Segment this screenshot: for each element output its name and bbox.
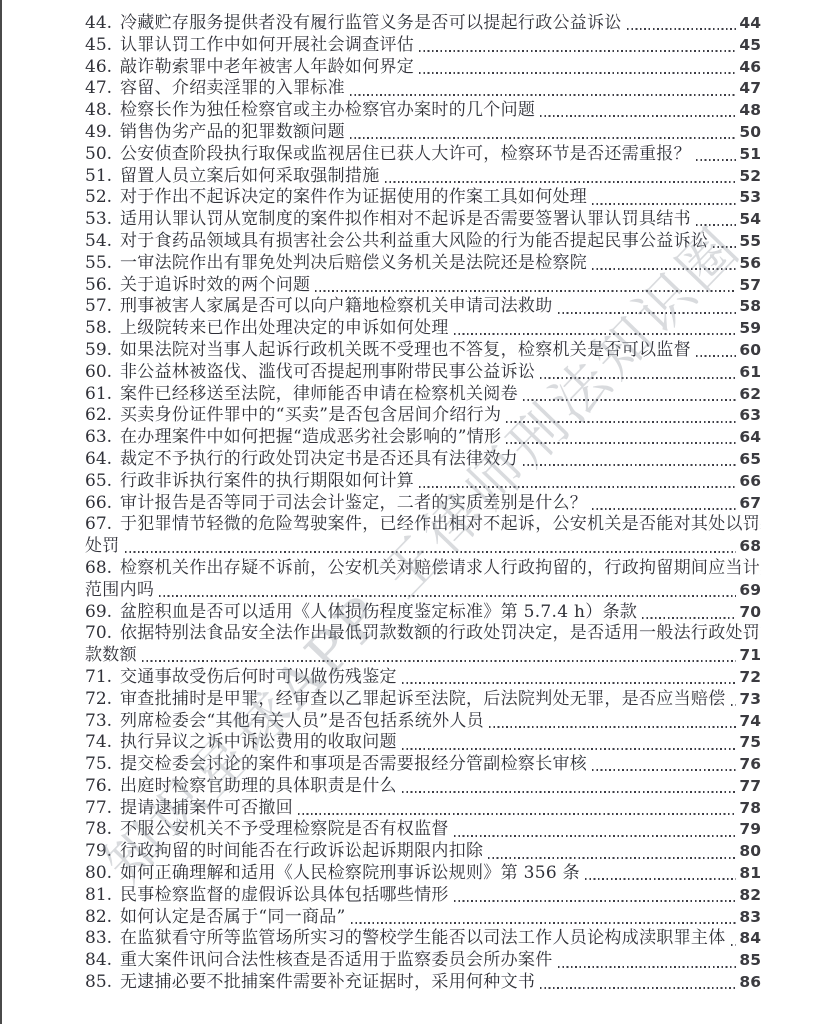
entry-title: 处罚 bbox=[85, 536, 120, 558]
toc-entry-line: 79. 行政拘留的时间能否在行政诉讼起诉期限内扣除 80 bbox=[85, 841, 761, 863]
dot-leader bbox=[696, 159, 737, 161]
entry-number: 71. bbox=[85, 667, 120, 689]
dot-leader bbox=[125, 551, 737, 553]
entry-number: 62. bbox=[85, 405, 120, 427]
toc-entry-line: 范围内吗 69 bbox=[85, 580, 761, 602]
toc-entry-line: 75. 提交检委会讨论的案件和事项是否需要报经分管副检察长审核 76 bbox=[85, 754, 761, 776]
toc-entry-line: 83. 在监狱看守所等监管场所实习的警校学生能否以司法工作人员论构成渎职罪主体 … bbox=[85, 928, 761, 950]
entry-page-number: 61 bbox=[739, 362, 761, 384]
scan-edge-artifact bbox=[0, 0, 2, 1024]
dot-leader bbox=[419, 486, 736, 488]
entry-title: 如何认定是否属于“同一商品” bbox=[120, 907, 346, 929]
entry-number: 60. bbox=[85, 362, 120, 384]
toc-entry-line: 50. 公安侦查阶段执行取保或监视居住已获人大许可，检察环节是否还需重报？ 51 bbox=[85, 144, 761, 166]
entry-page-number: 80 bbox=[739, 841, 761, 863]
toc-entry-line: 处罚 68 bbox=[85, 536, 761, 558]
entry-title: 交通事故受伤后何时可以做伤残鉴定 bbox=[120, 667, 397, 689]
entry-page-number: 48 bbox=[739, 100, 761, 122]
dot-leader bbox=[540, 115, 736, 117]
entry-number: 51. bbox=[85, 166, 120, 188]
entry-number: 76. bbox=[85, 776, 120, 798]
entry-title: 检察长作为独任检察官或主办检察官办案时的几个问题 bbox=[120, 100, 535, 122]
entry-page-number: 86 bbox=[739, 972, 761, 994]
entry-number: 79. bbox=[85, 841, 120, 863]
entry-page-number: 57 bbox=[739, 275, 761, 297]
entry-number: 48. bbox=[85, 100, 120, 122]
entry-page-number: 63 bbox=[739, 405, 761, 427]
entry-number: 55. bbox=[85, 253, 120, 275]
entry-title: 在监狱看守所等监管场所实习的警校学生能否以司法工作人员论构成渎职罪主体 bbox=[120, 928, 726, 950]
entry-number: 63. bbox=[85, 427, 120, 449]
dot-leader bbox=[558, 312, 737, 314]
dot-leader bbox=[540, 987, 736, 989]
dot-leader bbox=[385, 181, 737, 183]
entry-title: 关于追诉时效的两个问题 bbox=[120, 275, 310, 297]
dot-leader bbox=[713, 246, 736, 248]
entry-page-number: 55 bbox=[739, 231, 761, 253]
entry-title: 裁定不予执行的行政处罚决定书是否还具有法律效力 bbox=[120, 449, 518, 471]
toc-entry-line: 54. 对于食药品领域具有损害社会公共利益重大风险的行为能否提起民事公益诉讼 5… bbox=[85, 231, 761, 253]
entry-page-number: 75 bbox=[739, 732, 761, 754]
toc-list: 44. 冷藏贮存服务提供者没有履行监管义务是否可以提起行政公益诉讼 44 45.… bbox=[85, 13, 761, 994]
entry-title: 买卖身份证件罪中的“买卖”是否包含居间介绍行为 bbox=[120, 405, 501, 427]
entry-number: 66. bbox=[85, 493, 120, 515]
dot-leader bbox=[642, 617, 736, 619]
entry-title: 销售伪劣产品的犯罪数额问题 bbox=[120, 122, 345, 144]
entry-number: 78. bbox=[85, 819, 120, 841]
dot-leader bbox=[454, 333, 737, 335]
toc-entry-line: 47. 容留、介绍卖淫罪的入罪标准 47 bbox=[85, 78, 761, 100]
entry-title: 审计报告是否等同于司法会计鉴定，二者的实质差别是什么？ bbox=[120, 493, 587, 515]
entry-title: 款数额 bbox=[85, 645, 137, 667]
entry-number: 59. bbox=[85, 340, 120, 362]
toc-entry-line: 65. 行政非诉执行案件的执行期限如何计算 66 bbox=[85, 471, 761, 493]
entry-page-number: 60 bbox=[739, 340, 761, 362]
entry-title: 案件已经移送至法院，律师能否申请在检察机关阅卷 bbox=[120, 384, 518, 406]
entry-number: 46. bbox=[85, 57, 120, 79]
entry-title: 行政拘留的时间能否在行政诉讼起诉期限内扣除 bbox=[120, 841, 483, 863]
toc-entry-line: 77. 提请逮捕案件可否撤回 78 bbox=[85, 798, 761, 820]
entry-title: 于犯罪情节轻微的危险驾驶案件，已经作出相对不起诉，公安机关是否能对其处以罚款的行… bbox=[120, 514, 761, 536]
toc-entry-line: 72. 审查批捕时是甲罪，经审查以乙罪起诉至法院，后法院判处无罪，是否应当赔偿 … bbox=[85, 689, 761, 711]
entry-number: 77. bbox=[85, 798, 120, 820]
entry-number: 49. bbox=[85, 122, 120, 144]
dot-leader bbox=[592, 508, 736, 510]
dot-leader bbox=[696, 224, 737, 226]
dot-leader bbox=[523, 464, 737, 466]
toc-entry-line: 57. 刑事被害人家属是否可以向户籍地检察机关申请司法救助 58 bbox=[85, 296, 761, 318]
toc-entry-line: 68. 检察机关作出存疑不诉前，公安机关对赔偿请求人行政拘留的，行政拘留期间应当… bbox=[85, 558, 761, 580]
dot-leader bbox=[419, 72, 736, 74]
entry-title: 提交检委会讨论的案件和事项是否需要报经分管副检察长审核 bbox=[120, 754, 587, 776]
toc-entry-line: 63. 在办理案件中如何把握“造成恶劣社会影响的”情形 64 bbox=[85, 427, 761, 449]
entry-number: 72. bbox=[85, 689, 120, 711]
toc-entry-line: 74. 执行异议之诉中诉讼费用的收取问题 75 bbox=[85, 732, 761, 754]
toc-entry-line: 款数额 71 bbox=[85, 645, 761, 667]
entry-number: 65. bbox=[85, 471, 120, 493]
dot-leader bbox=[488, 857, 736, 859]
dot-leader bbox=[159, 595, 736, 597]
entry-page-number: 65 bbox=[739, 449, 761, 471]
entry-title: 依据特别法食品安全法作出最低罚款数额的行政处罚决定，是否适用一般法行政处罚法降低… bbox=[120, 623, 761, 645]
entry-number: 75. bbox=[85, 754, 120, 776]
dot-leader bbox=[506, 442, 736, 444]
entry-number: 45. bbox=[85, 35, 120, 57]
toc-entry-line: 51. 留置人员立案后如何采取强制措施 52 bbox=[85, 166, 761, 188]
entry-title: 刑事被害人家属是否可以向户籍地检察机关申请司法救助 bbox=[120, 296, 553, 318]
toc-entry-line: 56. 关于追诉时效的两个问题 57 bbox=[85, 275, 761, 297]
dot-leader bbox=[402, 791, 737, 793]
dot-leader bbox=[540, 377, 736, 379]
entry-number: 47. bbox=[85, 78, 120, 100]
toc-entry-line: 67. 于犯罪情节轻微的危险驾驶案件，已经作出相对不起诉，公安机关是否能对其处以… bbox=[85, 514, 761, 536]
entry-number: 83. bbox=[85, 928, 120, 950]
entry-number: 81. bbox=[85, 885, 120, 907]
dot-leader bbox=[523, 399, 737, 401]
dot-leader bbox=[419, 50, 736, 52]
entry-title: 在办理案件中如何把握“造成恶劣社会影响的”情形 bbox=[120, 427, 501, 449]
toc-entry-line: 55. 一审法院作出有罪免处判决后赔偿义务机关是法院还是检察院 56 bbox=[85, 253, 761, 275]
toc-entry-line: 73. 列席检委会“其他有关人员”是否包括系统外人员 74 bbox=[85, 711, 761, 733]
dot-leader bbox=[350, 137, 737, 139]
dot-leader bbox=[592, 268, 736, 270]
entry-title: 一审法院作出有罪免处判决后赔偿义务机关是法院还是检察院 bbox=[120, 253, 587, 275]
entry-title: 对于作出不起诉决定的案件作为证据使用的作案工具如何处理 bbox=[120, 187, 587, 209]
entry-page-number: 83 bbox=[739, 907, 761, 929]
entry-page-number: 77 bbox=[739, 776, 761, 798]
entry-title: 适用认罪认罚从宽制度的案件拟作相对不起诉是否需要签署认罪认罚具结书 bbox=[120, 209, 691, 231]
entry-number: 64. bbox=[85, 449, 120, 471]
entry-title: 对于食药品领域具有损害社会公共利益重大风险的行为能否提起民事公益诉讼 bbox=[120, 231, 708, 253]
entry-title: 执行异议之诉中诉讼费用的收取问题 bbox=[120, 732, 397, 754]
entry-page-number: 58 bbox=[739, 296, 761, 318]
entry-title: 敲诈勒索罪中老年被害人年龄如何界定 bbox=[120, 57, 414, 79]
toc-entry-line: 53. 适用认罪认罚从宽制度的案件拟作相对不起诉是否需要签署认罪认罚具结书 54 bbox=[85, 209, 761, 231]
entry-title: 认罪认罚工作中如何开展社会调查评估 bbox=[120, 35, 414, 57]
entry-page-number: 71 bbox=[739, 645, 761, 667]
dot-leader bbox=[350, 94, 737, 96]
toc-entry-line: 52. 对于作出不起诉决定的案件作为证据使用的作案工具如何处理 53 bbox=[85, 187, 761, 209]
dot-leader bbox=[731, 704, 737, 706]
entry-number: 53. bbox=[85, 209, 120, 231]
entry-page-number: 82 bbox=[739, 885, 761, 907]
entry-page-number: 85 bbox=[739, 950, 761, 972]
entry-title: 冷藏贮存服务提供者没有履行监管义务是否可以提起行政公益诉讼 bbox=[120, 13, 622, 35]
entry-number: 50. bbox=[85, 144, 120, 166]
entry-page-number: 84 bbox=[739, 928, 761, 950]
entry-number: 44. bbox=[85, 13, 120, 35]
toc-entry-line: 48. 检察长作为独任检察官或主办检察官办案时的几个问题 48 bbox=[85, 100, 761, 122]
entry-title: 范围内吗 bbox=[85, 580, 154, 602]
entry-number: 68. bbox=[85, 558, 120, 580]
entry-page-number: 79 bbox=[739, 819, 761, 841]
toc-entry-line: 71. 交通事故受伤后何时可以做伤残鉴定 72 bbox=[85, 667, 761, 689]
entry-page-number: 66 bbox=[739, 471, 761, 493]
toc-entry-line: 44. 冷藏贮存服务提供者没有履行监管义务是否可以提起行政公益诉讼 44 bbox=[85, 13, 761, 35]
entry-title: 提请逮捕案件可否撤回 bbox=[120, 798, 293, 820]
dot-leader bbox=[558, 966, 737, 968]
toc-entry-line: 82. 如何认定是否属于“同一商品” 83 bbox=[85, 907, 761, 929]
toc-entry-line: 64. 裁定不予执行的行政处罚决定书是否还具有法律效力 65 bbox=[85, 449, 761, 471]
entry-title: 无逮捕必要不批捕案件需要补充证据时，采用何种文书 bbox=[120, 972, 535, 994]
entry-page-number: 45 bbox=[739, 35, 761, 57]
entry-number: 84. bbox=[85, 950, 120, 972]
entry-page-number: 50 bbox=[739, 122, 761, 144]
entry-page-number: 78 bbox=[739, 798, 761, 820]
toc-entry-line: 78. 不服公安机关不予受理检察院是否有权监督 79 bbox=[85, 819, 761, 841]
entry-number: 73. bbox=[85, 711, 120, 733]
entry-title: 行政非诉执行案件的执行期限如何计算 bbox=[120, 471, 414, 493]
toc-entry-line: 69. 盆腔积血是否可以适用《人体损伤程度鉴定标准》第 5.7.4 h）条款 7… bbox=[85, 602, 761, 624]
entry-number: 74. bbox=[85, 732, 120, 754]
entry-title: 留置人员立案后如何采取强制措施 bbox=[120, 166, 380, 188]
entry-page-number: 59 bbox=[739, 318, 761, 340]
dot-leader bbox=[454, 835, 737, 837]
dot-leader bbox=[506, 421, 736, 423]
entry-page-number: 73 bbox=[739, 689, 761, 711]
entry-number: 61. bbox=[85, 384, 120, 406]
entry-page-number: 74 bbox=[739, 711, 761, 733]
entry-page-number: 76 bbox=[739, 754, 761, 776]
entry-number: 57. bbox=[85, 296, 120, 318]
entry-title: 非公益林被盗伐、滥伐可否提起刑事附带民事公益诉讼 bbox=[120, 362, 535, 384]
dot-leader bbox=[592, 203, 736, 205]
entry-number: 82. bbox=[85, 907, 120, 929]
dot-leader bbox=[489, 726, 736, 728]
entry-page-number: 53 bbox=[739, 187, 761, 209]
dot-leader bbox=[454, 900, 737, 902]
dot-leader bbox=[298, 813, 736, 815]
toc-entry-line: 59. 如果法院对当事人起诉行政机关既不受理也不答复，检察机关是否可以监督 60 bbox=[85, 340, 761, 362]
toc-entry-line: 46. 敲诈勒索罪中老年被害人年龄如何界定 46 bbox=[85, 57, 761, 79]
dot-leader bbox=[731, 944, 737, 946]
toc-entry-line: 80. 如何正确理解和适用《人民检察院刑事诉讼规则》第 356 条 81 bbox=[85, 863, 761, 885]
entry-title: 检察机关作出存疑不诉前，公安机关对赔偿请求人行政拘留的，行政拘留期间应当计算在赔… bbox=[120, 558, 761, 580]
dot-leader bbox=[315, 290, 736, 292]
toc-entry-line: 76. 出庭时检察官助理的具体职责是什么 77 bbox=[85, 776, 761, 798]
entry-page-number: 44 bbox=[739, 13, 761, 35]
entry-number: 58. bbox=[85, 318, 120, 340]
entry-title: 盆腔积血是否可以适用《人体损伤程度鉴定标准》第 5.7.4 h）条款 bbox=[120, 602, 637, 624]
toc-entry-line: 61. 案件已经移送至法院，律师能否申请在检察机关阅卷 62 bbox=[85, 384, 761, 406]
entry-number: 85. bbox=[85, 972, 120, 994]
toc-entry-line: 60. 非公益林被盗伐、滥伐可否提起刑事附带民事公益诉讼 61 bbox=[85, 362, 761, 384]
entry-title: 列席检委会“其他有关人员”是否包括系统外人员 bbox=[120, 711, 484, 733]
toc-entry-line: 85. 无逮捕必要不批捕案件需要补充证据时，采用何种文书 86 bbox=[85, 972, 761, 994]
toc-entry-line: 58. 上级院转来已作出处理决定的申诉如何处理 59 bbox=[85, 318, 761, 340]
entry-title: 容留、介绍卖淫罪的入罪标准 bbox=[120, 78, 345, 100]
dot-leader bbox=[585, 878, 736, 880]
entry-number: 70. bbox=[85, 623, 120, 645]
toc-entry-line: 45. 认罪认罚工作中如何开展社会调查评估 45 bbox=[85, 35, 761, 57]
entry-page-number: 81 bbox=[739, 863, 761, 885]
toc-entry-line: 70. 依据特别法食品安全法作出最低罚款数额的行政处罚决定，是否适用一般法行政处… bbox=[85, 623, 761, 645]
entry-number: 67. bbox=[85, 514, 120, 536]
entry-page-number: 54 bbox=[739, 209, 761, 231]
entry-number: 80. bbox=[85, 863, 120, 885]
entry-title: 民事检察监督的虚假诉讼具体包括哪些情形 bbox=[120, 885, 449, 907]
entry-page-number: 70 bbox=[739, 602, 761, 624]
dot-leader bbox=[696, 355, 737, 357]
toc-entry-line: 62. 买卖身份证件罪中的“买卖”是否包含居间介绍行为 63 bbox=[85, 405, 761, 427]
entry-title: 不服公安机关不予受理检察院是否有权监督 bbox=[120, 819, 449, 841]
entry-number: 69. bbox=[85, 602, 120, 624]
entry-title: 公安侦查阶段执行取保或监视居住已获人大许可，检察环节是否还需重报？ bbox=[120, 144, 691, 166]
entry-page-number: 46 bbox=[739, 57, 761, 79]
entry-page-number: 52 bbox=[739, 166, 761, 188]
entry-title: 如何正确理解和适用《人民检察院刑事诉讼规则》第 356 条 bbox=[120, 863, 580, 885]
entry-title: 上级院转来已作出处理决定的申诉如何处理 bbox=[120, 318, 449, 340]
entry-number: 54. bbox=[85, 231, 120, 253]
dot-leader bbox=[402, 682, 737, 684]
entry-page-number: 69 bbox=[739, 580, 761, 602]
toc-entry-line: 66. 审计报告是否等同于司法会计鉴定，二者的实质差别是什么？ 67 bbox=[85, 493, 761, 515]
entry-number: 56. bbox=[85, 275, 120, 297]
toc-entry-line: 81. 民事检察监督的虚假诉讼具体包括哪些情形 82 bbox=[85, 885, 761, 907]
entry-page-number: 68 bbox=[739, 536, 761, 558]
dot-leader bbox=[402, 748, 737, 750]
entry-page-number: 56 bbox=[739, 253, 761, 275]
dot-leader bbox=[592, 769, 736, 771]
dot-leader bbox=[627, 28, 737, 30]
entry-page-number: 51 bbox=[739, 144, 761, 166]
entry-title: 如果法院对当事人起诉行政机关既不受理也不答复，检察机关是否可以监督 bbox=[120, 340, 691, 362]
entry-page-number: 47 bbox=[739, 78, 761, 100]
entry-page-number: 62 bbox=[739, 384, 761, 406]
entry-page-number: 64 bbox=[739, 427, 761, 449]
entry-page-number: 72 bbox=[739, 667, 761, 689]
entry-title: 出庭时检察官助理的具体职责是什么 bbox=[120, 776, 397, 798]
dot-leader bbox=[351, 922, 737, 924]
document-page: 44. 冷藏贮存服务提供者没有履行监管义务是否可以提起行政公益诉讼 44 45.… bbox=[0, 0, 833, 1024]
entry-number: 52. bbox=[85, 187, 120, 209]
entry-page-number: 67 bbox=[739, 493, 761, 515]
dot-leader bbox=[142, 660, 737, 662]
entry-title: 审查批捕时是甲罪，经审查以乙罪起诉至法院，后法院判处无罪，是否应当赔偿 bbox=[120, 689, 726, 711]
toc-entry-line: 49. 销售伪劣产品的犯罪数额问题 50 bbox=[85, 122, 761, 144]
toc-entry-line: 84. 重大案件讯问合法性核查是否适用于监察委员会所办案件 85 bbox=[85, 950, 761, 972]
entry-title: 重大案件讯问合法性核查是否适用于监察委员会所办案件 bbox=[120, 950, 553, 972]
